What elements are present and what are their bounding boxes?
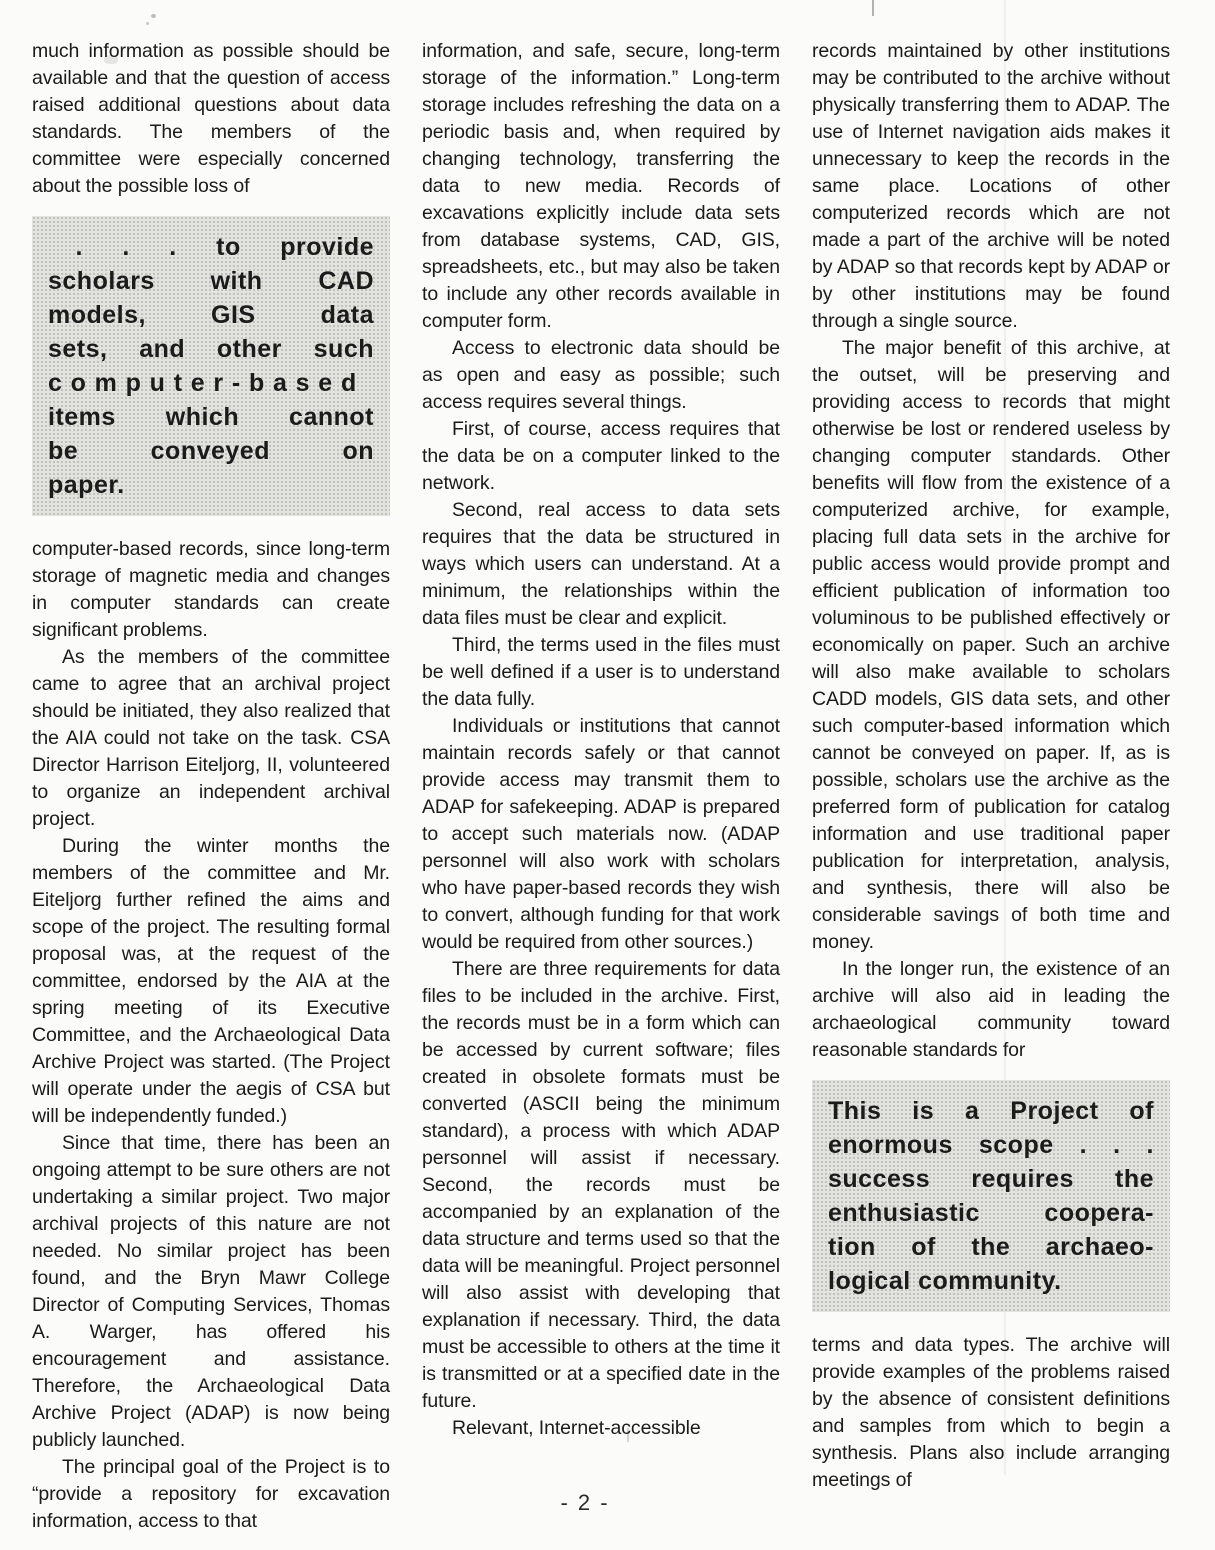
pull-quote-line: be conveyed on xyxy=(48,434,374,468)
scanned-newsletter-page: much information as possible should be a… xyxy=(0,0,1215,1550)
scan-speck xyxy=(146,22,149,25)
pull-quote-line: items which cannot xyxy=(48,400,374,434)
paragraph: The principal goal of the Project is to … xyxy=(32,1454,390,1535)
pull-quote-line: enthusiastic coopera- xyxy=(828,1196,1154,1230)
paragraph: Relevant, Internet-accessible xyxy=(422,1415,780,1442)
paragraph: First, of course, access requires that t… xyxy=(422,416,780,497)
paragraph: information, and safe, secure, long-term… xyxy=(422,38,780,335)
column-3: records maintained by other institutions… xyxy=(812,38,1170,1535)
paragraph: much information as possible should be a… xyxy=(32,38,390,200)
scan-crease xyxy=(872,0,874,16)
paragraph: The major benefit of this archive, at th… xyxy=(812,335,1170,956)
pull-quote-line: computer-based xyxy=(48,366,374,400)
pull-quote-line: scholars with CAD xyxy=(48,264,374,298)
paragraph: Second, real access to data sets require… xyxy=(422,497,780,632)
paragraph: computer-based records, since long-term … xyxy=(32,536,390,644)
pull-quote-line: enormous scope . . . xyxy=(828,1128,1154,1162)
pull-quote-line: sets, and other such xyxy=(48,332,374,366)
paragraph: There are three requirements for data fi… xyxy=(422,956,780,1415)
pull-quote-box-2: This is a Project of enormous scope . . … xyxy=(812,1080,1170,1312)
paragraph: Since that time, there has been an ongoi… xyxy=(32,1130,390,1454)
page-number: - 2 - xyxy=(455,1490,715,1516)
paragraph: terms and data types. The archive will p… xyxy=(812,1332,1170,1494)
pull-quote-line: . . . to provide xyxy=(48,230,374,264)
pull-quote-box-1: . . . to provide scholars with CAD model… xyxy=(32,216,390,516)
paragraph: In the longer run, the existence of an a… xyxy=(812,956,1170,1064)
paragraph: Access to electronic data should be as o… xyxy=(422,335,780,416)
paragraph: Individuals or institutions that cannot … xyxy=(422,713,780,956)
paragraph: During the winter months the members of … xyxy=(32,833,390,1130)
paragraph: records maintained by other institutions… xyxy=(812,38,1170,335)
pull-quote-line: tion of the archaeo- xyxy=(828,1230,1154,1264)
three-column-text-layout: much information as possible should be a… xyxy=(32,38,1170,1535)
paragraph: As the members of the committee came to … xyxy=(32,644,390,833)
column-2: information, and safe, secure, long-term… xyxy=(422,38,780,1535)
scan-speck xyxy=(151,14,156,18)
pull-quote-line: models, GIS data xyxy=(48,298,374,332)
pull-quote-line: success requires the xyxy=(828,1162,1154,1196)
paragraph: Third, the terms used in the files must … xyxy=(422,632,780,713)
pull-quote-line: paper. xyxy=(48,468,374,502)
pull-quote-line: logical community. xyxy=(828,1264,1154,1298)
pull-quote-line: This is a Project of xyxy=(828,1094,1154,1128)
column-1: much information as possible should be a… xyxy=(32,38,390,1535)
